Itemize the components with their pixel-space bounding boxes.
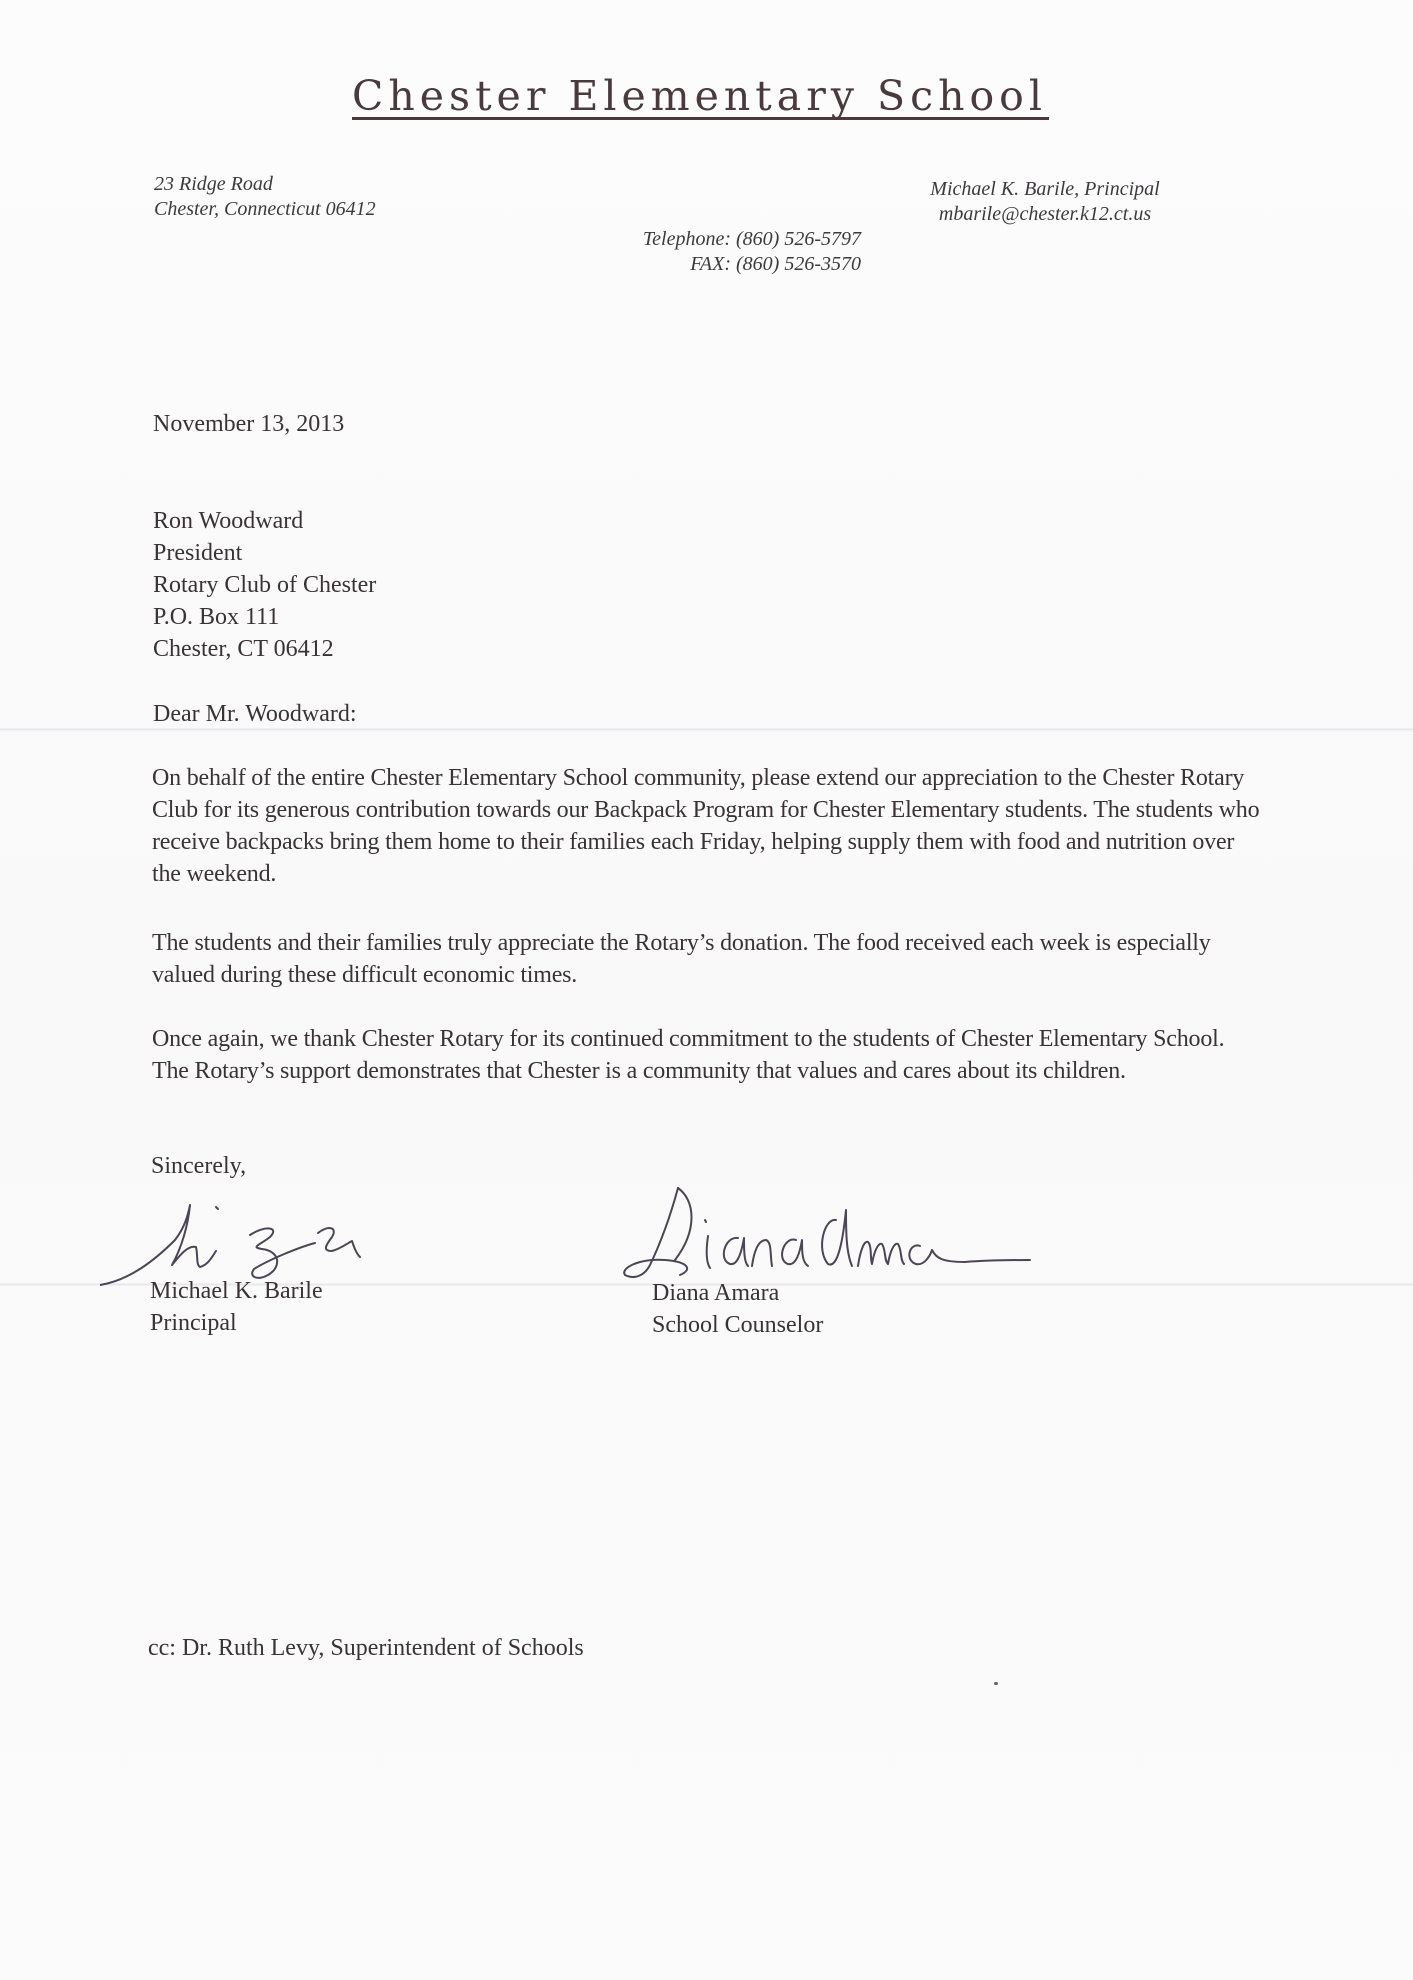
cc-line: cc: Dr. Ruth Levy, Superintendent of Sch… [148,1632,584,1664]
signature-amara-icon [620,1180,1060,1285]
recipient-line: P.O. Box 111 [153,601,376,633]
scan-speck [994,1682,998,1685]
address-line: Chester, Connecticut 06412 [154,197,376,222]
telephone: Telephone: (860) 526-5797 [574,227,861,252]
principal-email: mbarile@chester.k12.ct.us [910,202,1180,227]
school-contact: Telephone: (860) 526-5797 FAX: (860) 526… [574,227,861,277]
principal-name: Michael K. Barile, Principal [910,177,1180,202]
salutation: Dear Mr. Woodward: [153,698,357,730]
letter-date: November 13, 2013 [153,408,344,440]
signer-name: Michael K. Barile [150,1275,323,1307]
body-paragraph: Once again, we thank Chester Rotary for … [152,1023,1262,1087]
principal-contact: Michael K. Barile, Principal mbarile@che… [910,177,1180,227]
body-paragraph: On behalf of the entire Chester Elementa… [152,762,1262,890]
recipient-line: Chester, CT 06412 [153,633,376,665]
signer-title: Principal [150,1307,323,1339]
address-line: 23 Ridge Road [154,172,376,197]
signer-barile: Michael K. Barile Principal [150,1275,323,1339]
school-address: 23 Ridge Road Chester, Connecticut 06412 [154,172,376,222]
signer-amara: Diana Amara School Counselor [652,1277,823,1341]
signer-title: School Counselor [652,1309,823,1341]
signer-name: Diana Amara [652,1277,823,1309]
closing: Sincerely, [151,1150,246,1182]
fax: FAX: (860) 526-3570 [574,252,861,277]
recipient-line: Rotary Club of Chester [153,569,376,601]
letterhead-underline [352,117,1049,120]
body-paragraph: The students and their families truly ap… [152,927,1262,991]
recipient-address: Ron Woodward President Rotary Club of Ch… [153,505,376,665]
school-name-heading: Chester Elementary School [352,72,1052,120]
letter-page: Chester Elementary School 23 Ridge Road … [0,0,1413,1980]
recipient-line: Ron Woodward [153,505,376,537]
recipient-line: President [153,537,376,569]
